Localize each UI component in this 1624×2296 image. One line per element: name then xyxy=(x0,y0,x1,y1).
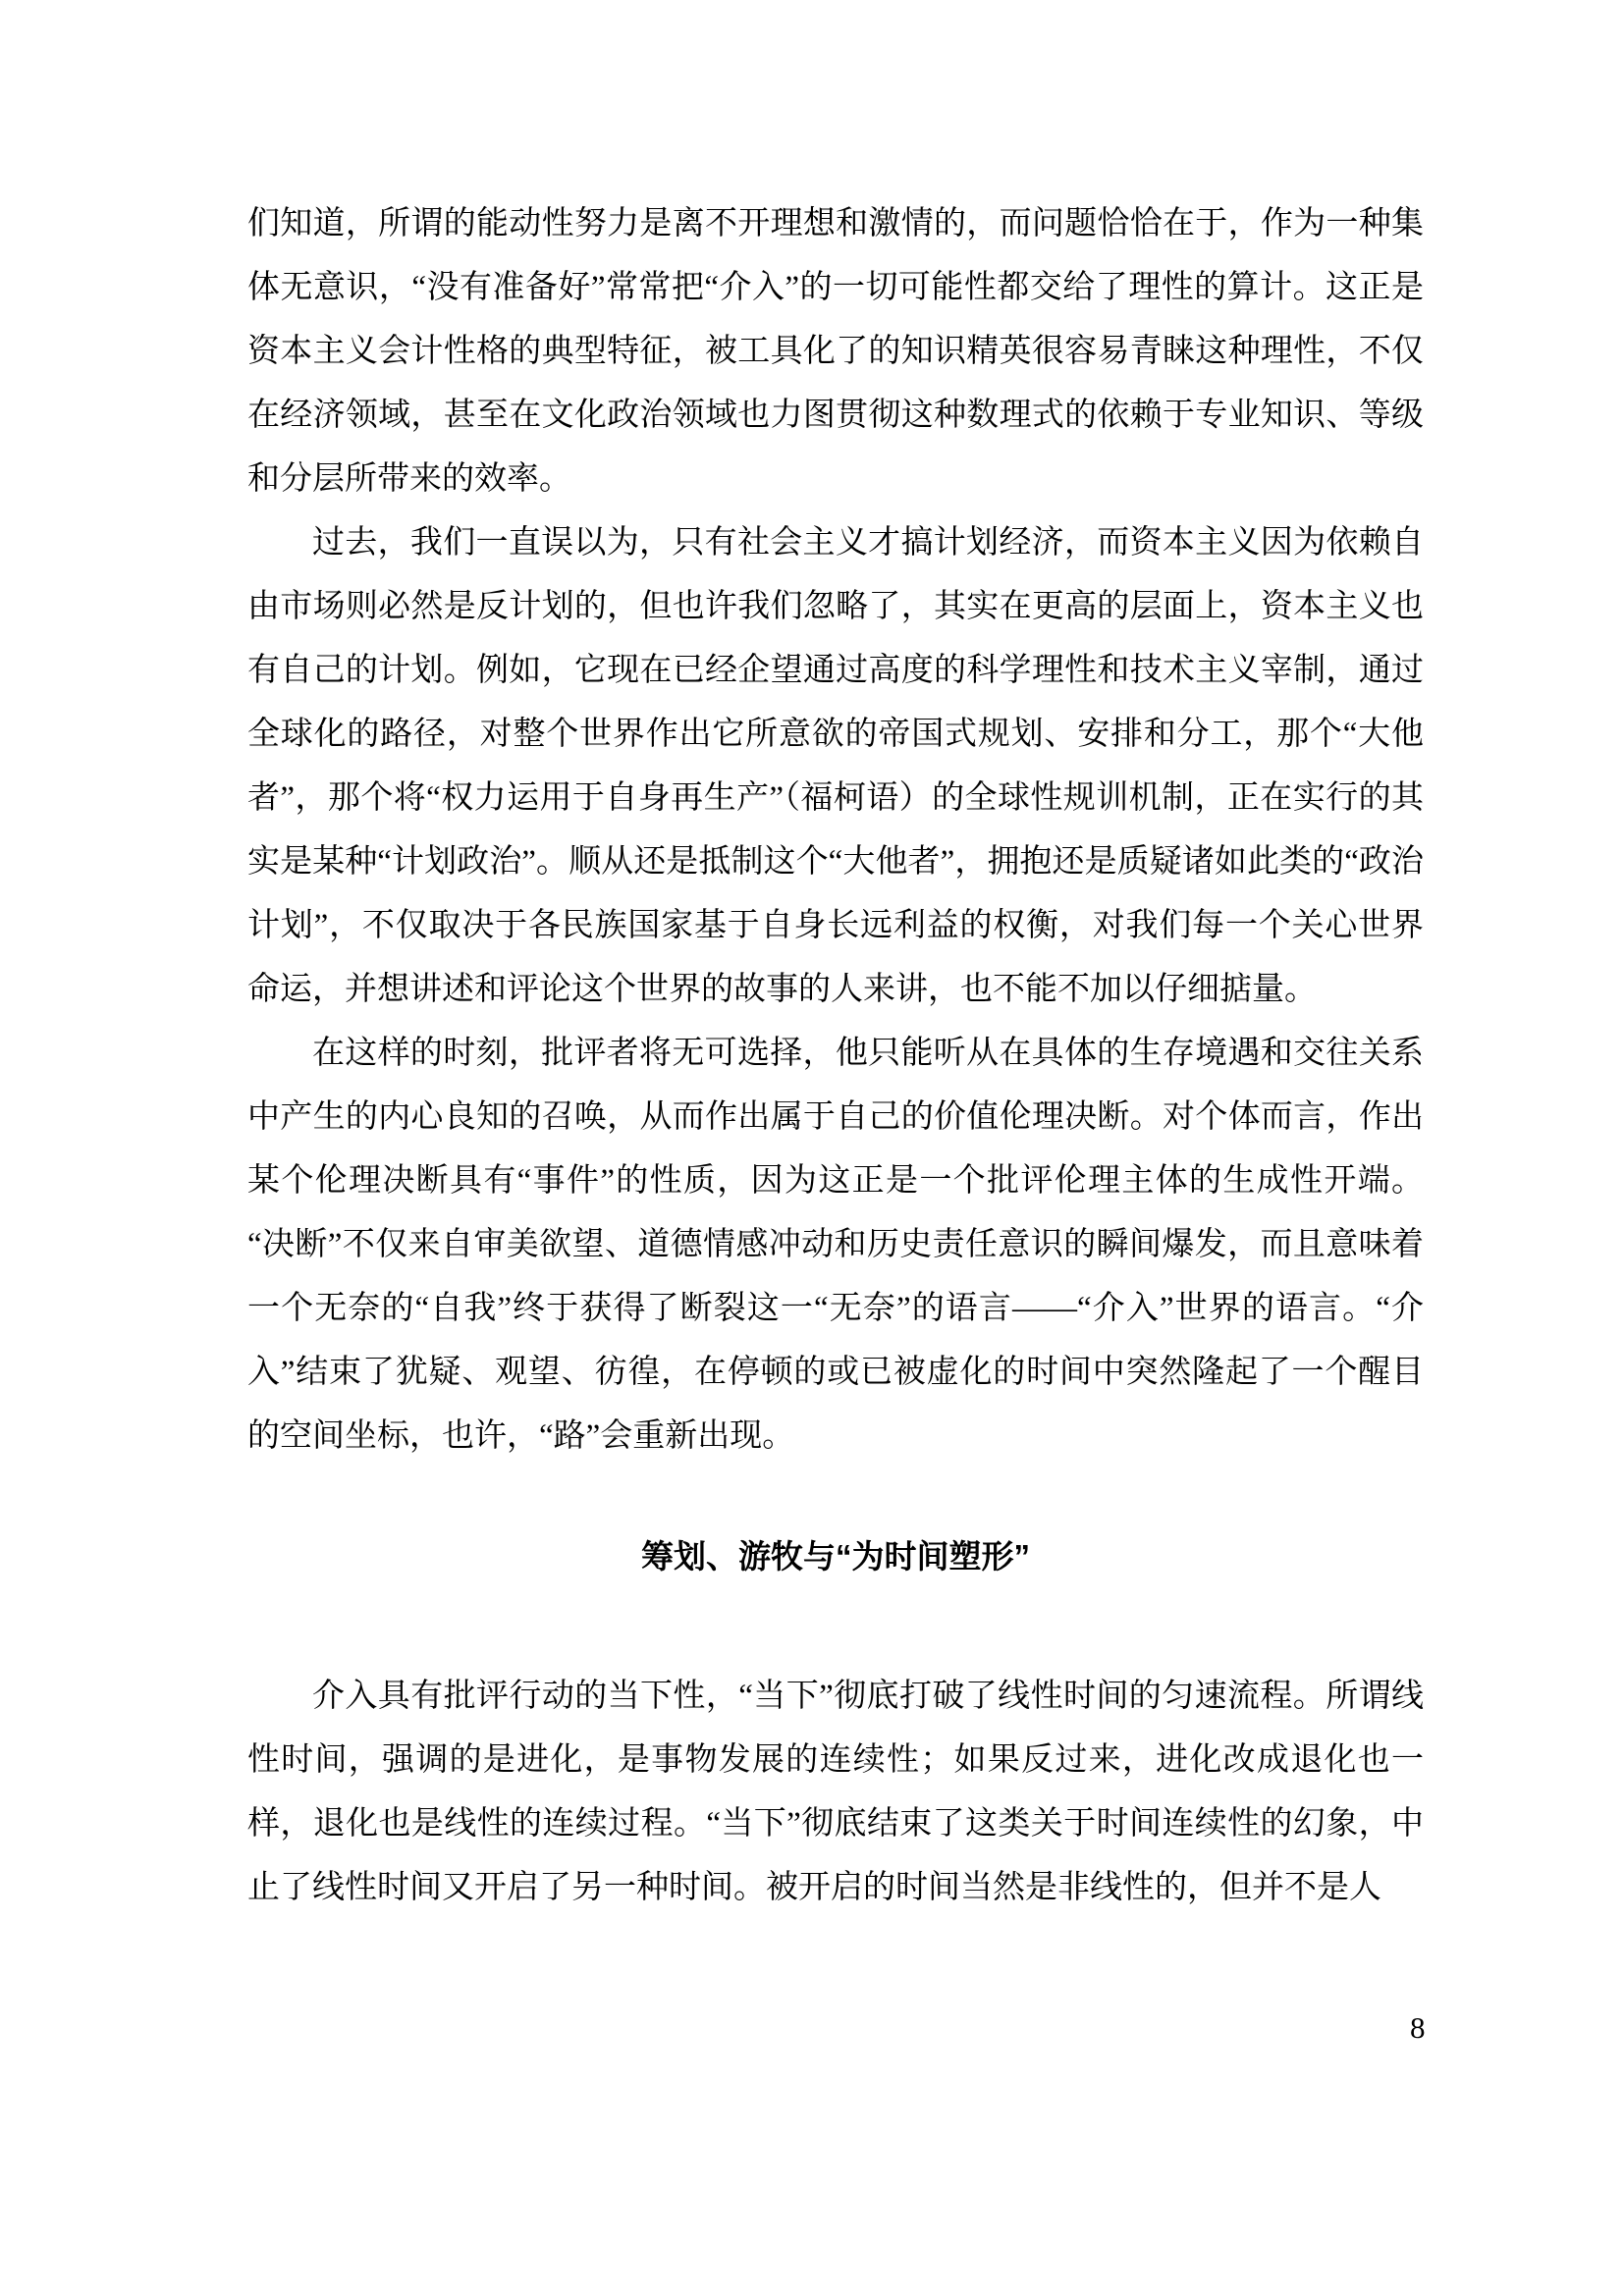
page-number: 8 xyxy=(1410,2010,1449,2046)
section-heading: 筹划、游牧与“为时间塑形” xyxy=(247,1524,1424,1588)
paragraph: 介入具有批评行动的当下性，“当下”彻底打破了线性时间的匀速流程。所谓线性时间，强… xyxy=(247,1665,1424,1920)
paragraph: 过去，我们一直误以为，只有社会主义才搞计划经济，而资本主义因为依赖自由市场则必然… xyxy=(247,511,1424,1022)
paragraph-continuation: 们知道，所谓的能动性努力是离不开理想和激情的，而问题恰恰在于，作为一种集体无意识… xyxy=(247,192,1424,511)
document-page: 们知道，所谓的能动性努力是离不开理想和激情的，而问题恰恰在于，作为一种集体无意识… xyxy=(0,0,1624,2296)
paragraph: 在这样的时刻，批评者将无可选择，他只能听从在具体的生存境遇和交往关系中产生的内心… xyxy=(247,1022,1424,1468)
body-text-block: 们知道，所谓的能动性努力是离不开理想和激情的，而问题恰恰在于，作为一种集体无意识… xyxy=(247,192,1424,1920)
